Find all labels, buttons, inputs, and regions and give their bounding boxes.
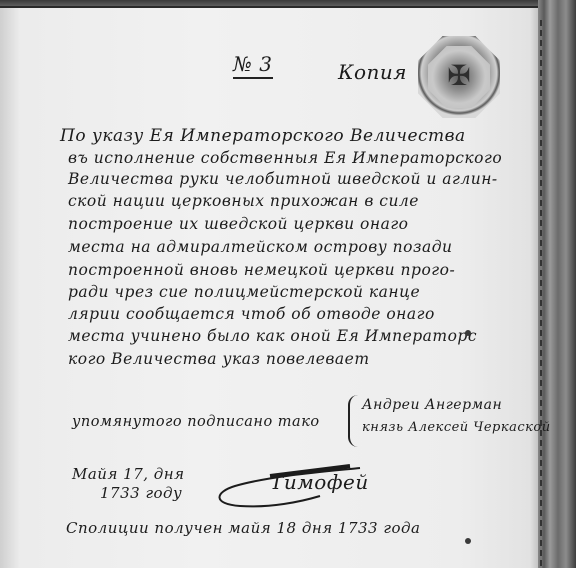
- document-scan: № 3 Копия ✠ По указу Ея Императорского В…: [0, 0, 576, 568]
- date-line: Майя 17, дня: [72, 465, 185, 483]
- double-headed-eagle-icon: ✠: [428, 58, 490, 94]
- seal-inner: ✠: [428, 46, 490, 108]
- body-line: По указу Ея Императорского Величества: [60, 126, 466, 146]
- body-line: ради чрез сие полицмейстерской канце: [68, 283, 420, 301]
- body-line: построение их шведской церкви онаго: [68, 215, 409, 233]
- body-line: ской нации церковных прихожан в силе: [68, 192, 419, 210]
- signatory-name: Андреи Ангерман: [362, 397, 502, 413]
- signature: Тимофей: [270, 470, 369, 494]
- body-line: места на адмиралтейском острову позади: [68, 238, 453, 256]
- body-line: Величества руки челобитной шведской и аг…: [68, 170, 498, 188]
- brace-mark: [348, 395, 360, 447]
- year-line: 1733 году: [100, 484, 182, 502]
- binding-spine: [538, 0, 576, 568]
- document-number: № 3: [233, 52, 273, 79]
- copy-label: Копия: [338, 60, 407, 84]
- binding-seam: [540, 20, 542, 568]
- ink-spot: [465, 538, 471, 544]
- body-line: места учинено было как оной Ея Император…: [68, 327, 477, 345]
- body-line: кого Величества указ повелевает: [68, 350, 370, 368]
- signatory-name: князь Алексей Черкаской: [362, 420, 551, 435]
- signed-as-label: упомянутого подписано тако: [72, 414, 320, 430]
- body-line: въ исполнение собственныя Ея Императорск…: [68, 149, 502, 167]
- ink-spot: [465, 330, 471, 336]
- received-note: Сполиции получен майя 18 дня 1733 года: [66, 519, 420, 537]
- body-line: построенной вновь немецкой церкви прого-: [68, 261, 455, 279]
- body-line: лярии сообщается чтоб об отводе онаго: [68, 305, 435, 323]
